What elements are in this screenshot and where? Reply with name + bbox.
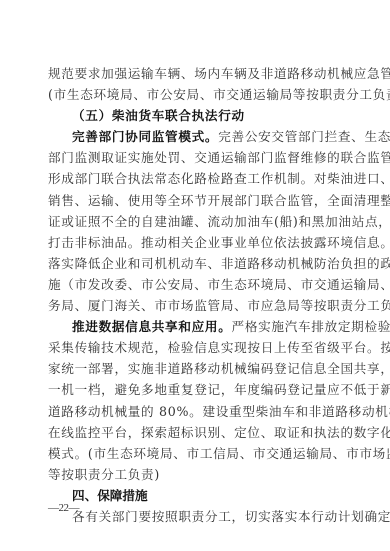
paragraph-line: 在线监控平台，探索超标识别、定位、取证和执法的数字化监管	[48, 422, 344, 443]
paragraph-line: 各有关部门要按照职责分工，切实落实本行动计划确定的各	[48, 506, 344, 527]
paragraph-line: 证或证照不全的自建油罐、流动加油车(船)和黑加油站点，坚决	[48, 211, 344, 232]
responsibility-note: 务局、厦门海关、市市场监管局、市应急局等按职责分工负责）	[48, 295, 344, 316]
paragraph-line: 形成部门联合执法常态化路检路查工作机制。对柴油进口、仓储、	[48, 168, 344, 189]
paragraph-line: 规范要求加强运输车辆、场内车辆及非道路移动机械应急管控。	[48, 63, 344, 84]
paragraph-text: 严格实施汽车排放定期检验信息	[232, 319, 390, 334]
paragraph-line: 销售、运输、使用等全环节开展部门联合监管，全面清理整顿无	[48, 190, 344, 211]
paragraph-line: 打击非标油品。推动相关企业事业单位依法披露环境信息。贯彻	[48, 232, 344, 253]
paragraph-line: 道路移动机械量的 80%。建设重型柴油车和非道路移动机械远程	[48, 401, 344, 422]
document-page: 规范要求加强运输车辆、场内车辆及非道路移动机械应急管控。 (市生态环境局、市公安…	[0, 0, 390, 551]
section-heading-5: （五）柴油货车联合执法行动	[48, 105, 344, 126]
paragraph-line: 推进数据信息共享和应用。严格实施汽车排放定期检验信息	[48, 316, 344, 337]
paragraph-line: 施（市发改委、市公安局、市生态环境局、市交通运输局、市商	[48, 274, 344, 295]
responsibility-note: 等按职责分工负责)	[48, 464, 344, 485]
responsibility-note: (市生态环境局、市公安局、市交通运输局等按职责分工负责)	[48, 84, 344, 105]
section-heading-4: 四、保障措施	[48, 485, 344, 506]
paragraph-line: 模式。(市生态环境局、市工信局、市交通运输局、市市场监管局	[48, 443, 344, 464]
paragraph-line: 落实降低企业和司机机动车、非道路移动机械防治负担的政策措	[48, 253, 344, 274]
paragraph-line: 一机一档，避免多地重复登记，年度编码登记量应不低于新增非	[48, 379, 344, 400]
paragraph-lead: 完善部门协同监管模式。	[72, 129, 218, 144]
paragraph-line: 部门监测取证实施处罚、交通运输部门监督维修的联合监管模式，	[48, 147, 344, 168]
paragraph-line: 家统一部署，实施非道路移动机械编码登记信息全国共享，实现	[48, 358, 344, 379]
paragraph-line: 完善部门协同监管模式。完善公安交管部门拦查、生态环境	[48, 126, 344, 147]
document-body: 规范要求加强运输车辆、场内车辆及非道路移动机械应急管控。 (市生态环境局、市公安…	[48, 63, 344, 527]
paragraph-line: 采集传输技术规范，检验信息实现按日上传至省级平台。按照国	[48, 337, 344, 358]
paragraph-lead: 推进数据信息共享和应用。	[72, 319, 232, 334]
paragraph-text: 完善公安交管部门拦查、生态环境	[218, 129, 390, 144]
page-number: —22—	[48, 502, 79, 514]
